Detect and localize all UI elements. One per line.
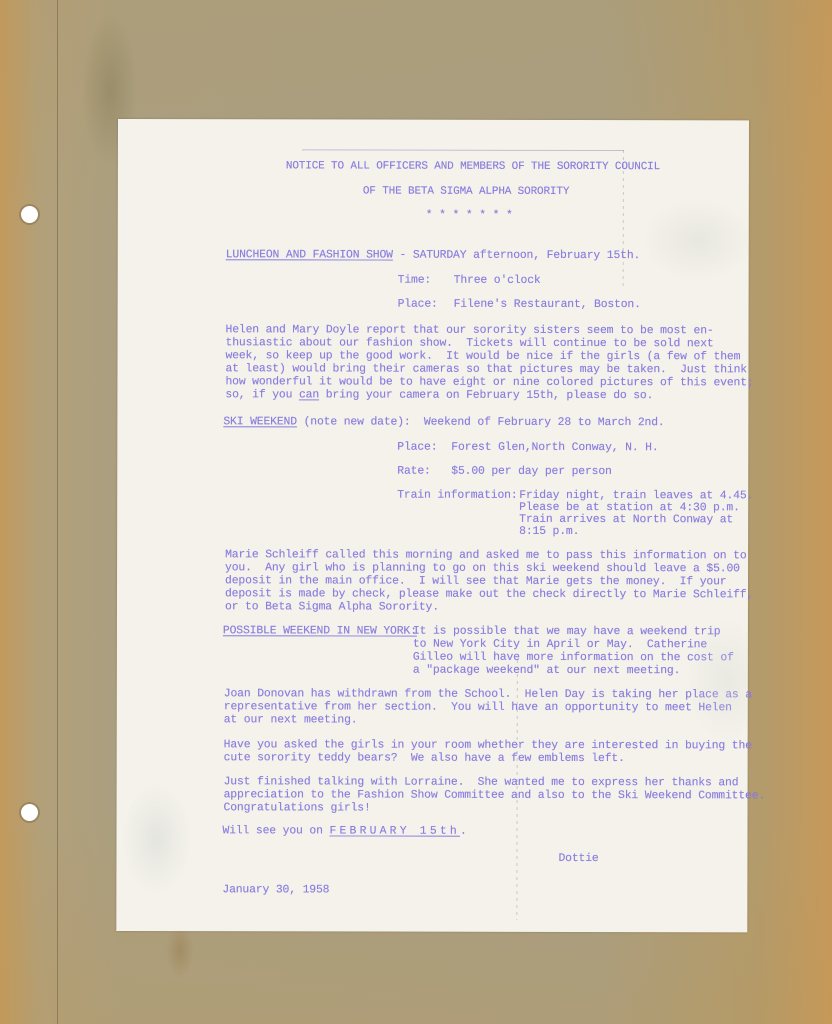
paragraph-line: at our next meeting. (224, 714, 358, 727)
ski-rate-value: $5.00 per day per person (451, 466, 611, 479)
notice-heading-line2: OF THE BETA SIGMA ALPHA SORORITY (363, 186, 569, 199)
paragraph-line: you. Any girl who is planning to go on t… (225, 562, 740, 576)
paragraph-line: cute sorority teddy bears? We also have … (224, 752, 625, 765)
new-york-title: POSSIBLE WEEKEND IN NEW YORK: (223, 625, 417, 637)
ski-rate-label: Rate: (397, 466, 430, 479)
typed-notice-page: NOTICE TO ALL OFFICERS AND MEMBERS OF TH… (116, 119, 749, 932)
paragraph-line: so, if you can bring your camera on Febr… (225, 389, 653, 402)
signature: Dottie (558, 853, 598, 866)
teddy-bears-paragraph: Have you asked the girls in your room wh… (118, 119, 749, 120)
paragraph-line: appreciation to the Fashion Show Committ… (224, 789, 766, 803)
punch-hole-top (21, 206, 38, 223)
binding-line (57, 0, 58, 1024)
luncheon-place-value: Filene's Restaurant, Boston. (454, 299, 641, 312)
deposit-paragraph: Marie Schleiff called this morning and a… (118, 119, 749, 120)
thanks-paragraph: Just finished talking with Lorraine. She… (118, 119, 749, 120)
paragraph-line: representative from her section. You wil… (224, 701, 732, 715)
ski-train-details: Friday night, train leaves at 4.45. Plea… (118, 119, 749, 120)
paragraph-line: or to Beta Sigma Alpha Sorority. (225, 601, 439, 614)
paragraph-line: to New York City in April or May. Cather… (413, 639, 707, 652)
luncheon-date: - SATURDAY afternoon, February 15th. (393, 250, 640, 263)
luncheon-time-value: Three o'clock (454, 275, 541, 288)
train-line: 8:15 p.m. (519, 526, 579, 539)
paragraph-line: at least) would bring their cameras so t… (225, 363, 747, 377)
ski-place-value: Forest Glen,North Conway, N. H. (451, 442, 658, 455)
ski-title: SKI WEEKEND (223, 416, 297, 428)
text-run: so, if you (225, 389, 299, 401)
luncheon-title: LUNCHEON AND FASHION SHOW (226, 249, 393, 261)
paragraph-line: Have you asked the girls in your room wh… (224, 739, 752, 753)
document-date: January 30, 1958 (222, 884, 329, 897)
closing-suffix: . (460, 826, 467, 838)
paragraph-line: It is possible that we may have a weeken… (413, 626, 721, 639)
luncheon-place-label: Place: (398, 299, 438, 312)
punch-hole-bottom (21, 804, 38, 821)
paragraph-line: Helen and Mary Doyle report that our sor… (226, 324, 714, 338)
paragraph-line: Joan Donovan has withdrawn from the Scho… (224, 688, 752, 702)
paragraph-line: deposit is made by check, please make ou… (225, 588, 753, 602)
fashion-show-paragraph: Helen and Mary Doyle report that our sor… (118, 119, 749, 120)
withdrawal-paragraph: Joan Donovan has withdrawn from the Scho… (118, 119, 749, 120)
ski-date: (note new date): Weekend of February 28 … (297, 416, 665, 429)
ski-section-heading: SKI WEEKEND (note new date): Weekend of … (223, 416, 664, 430)
text-run: bring your camera on February 15th, plea… (319, 389, 653, 402)
closing-line: Will see you on FEBRUARY 15th. (222, 825, 466, 838)
paragraph-line: thusiastic about our fashion show. Ticke… (226, 337, 714, 351)
ski-train-label: Train information: (397, 490, 517, 503)
ski-place-label: Place: (397, 442, 437, 455)
new-york-details: It is possible that we may have a weeken… (118, 119, 749, 120)
underlined-word-can: can (299, 389, 319, 401)
top-rule-line (302, 149, 624, 151)
luncheon-section-heading: LUNCHEON AND FASHION SHOW - SATURDAY aft… (226, 249, 641, 262)
closing-date-emphasis: FEBRUARY 15th (329, 825, 459, 837)
paragraph-line: Congratulations girls! (224, 802, 371, 815)
notice-heading-line1: NOTICE TO ALL OFFICERS AND MEMBERS OF TH… (286, 160, 660, 173)
luncheon-time-label: Time: (398, 275, 431, 288)
paragraph-line: how wonderful it would be to have eight … (225, 376, 753, 390)
paragraph-line: Just finished talking with Lorraine. She… (224, 776, 739, 790)
paragraph-line: deposit in the main office. I will see t… (225, 575, 726, 589)
new-york-section-heading: POSSIBLE WEEKEND IN NEW YORK: (223, 625, 417, 638)
paragraph-line: a "package weekend" at our next meeting. (413, 665, 680, 678)
paragraph-line: Gilleo will have more information on the… (413, 652, 734, 665)
paragraph-line: week, so keep up the good work. It would… (225, 350, 740, 364)
closing-prefix: Will see you on (222, 825, 329, 837)
paragraph-line: Marie Schleiff called this morning and a… (225, 549, 747, 563)
separator-asterisks: * * * * * * * (426, 210, 513, 223)
